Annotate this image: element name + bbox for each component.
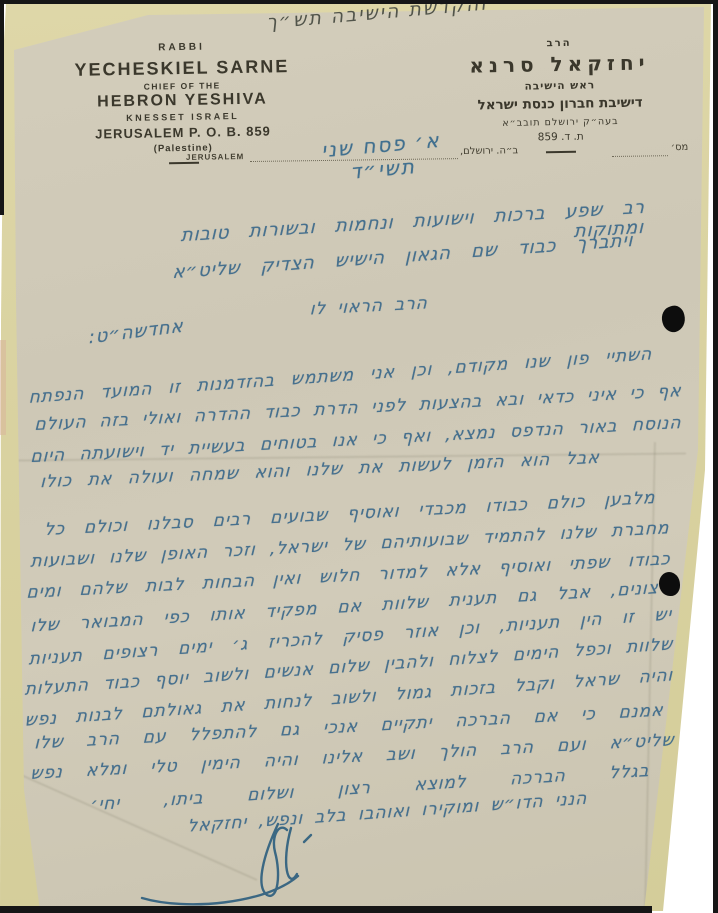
- scan-border-top: [0, 0, 718, 4]
- letterhead-institution: HEBRON YESHIVA: [60, 90, 305, 112]
- letterhead-name-he: יחזקאל סרנא: [444, 50, 674, 78]
- scan-border-bottom: [0, 906, 652, 913]
- letterhead-pob-he: ת. ד. 859: [446, 129, 676, 145]
- number-label: מס׳: [671, 142, 689, 153]
- scan-border-right: [713, 0, 718, 913]
- handwritten-line: הרב הראוי לו: [288, 294, 429, 320]
- hole-punch: [659, 572, 680, 596]
- scanned-letter-page: והקדשת הישיבה תש״ך RABBI YECHESKIEL SARN…: [0, 0, 718, 913]
- signature-flourish: [128, 816, 318, 913]
- letterhead-society: KNESSET ISRAEL: [60, 110, 305, 124]
- letterhead-name: YECHESKIEL SARNE: [59, 56, 304, 81]
- letterhead-hebrew: הרב יחזקאל סרנא ראש הישיבה דישיבת חברון …: [444, 36, 676, 155]
- scan-border-left: [0, 0, 4, 215]
- letterhead-address: JERUSALEM P. O. B. 859: [60, 123, 305, 142]
- letterhead-city-he: בעה״ק ירושלם תובב״א: [445, 115, 675, 130]
- jerusalem-label: JERUSALEM: [186, 152, 244, 162]
- letterhead-role-he: ראש הישיבה: [445, 78, 675, 94]
- handwritten-line: אחדשה״ט:: [64, 317, 183, 352]
- number-dotted-line: [612, 145, 668, 157]
- letterhead-institution-he: דישיבת חברון כנסת ישראל: [445, 94, 675, 114]
- letterhead-english: RABBI YECHESKIEL SARNE CHIEF OF THE HEBR…: [59, 40, 306, 166]
